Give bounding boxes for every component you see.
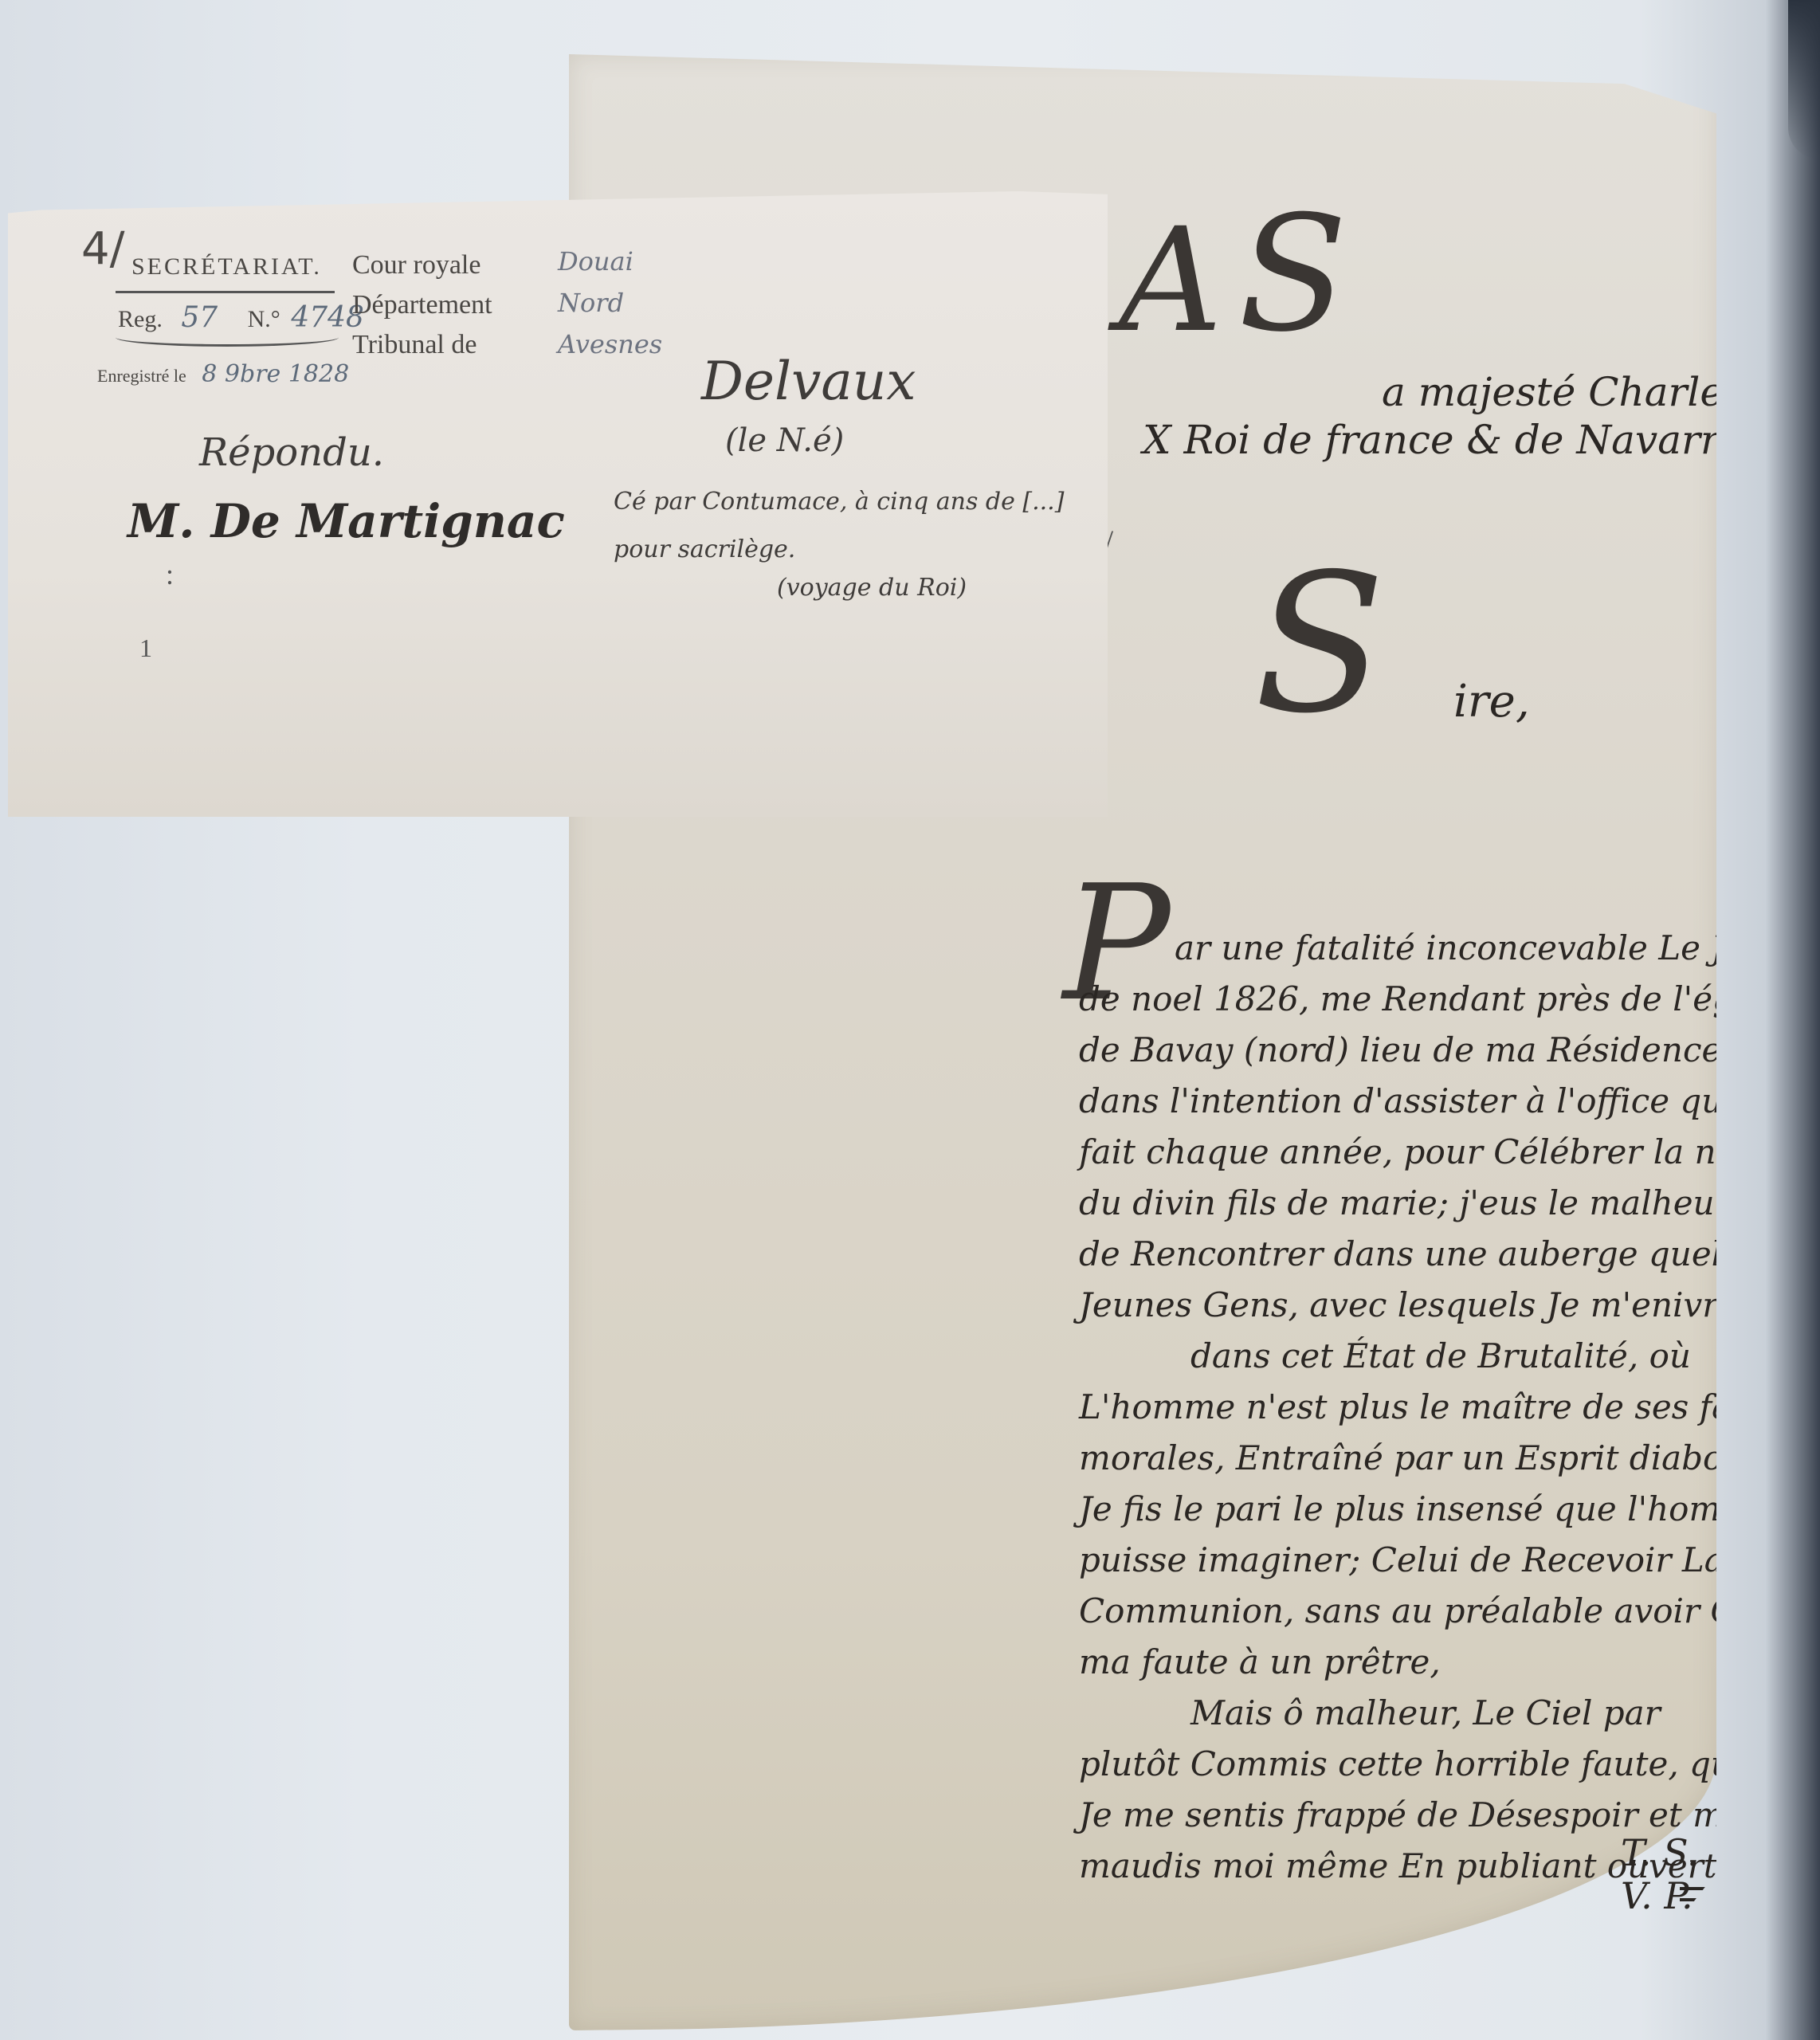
brace-rule [116, 328, 339, 347]
body-line: morales, Entraîné par un Esprit diaboliq… [1079, 1433, 1685, 1484]
stray-mark-tick: 1 [139, 634, 152, 663]
header-rule [116, 291, 335, 293]
book-spine-shadow [1788, 0, 1820, 159]
value-tribunal: Avesnes [558, 324, 662, 365]
body-line: Je me sentis frappé de Désespoir et me [1079, 1790, 1685, 1841]
stray-mark-colon: : [166, 558, 174, 591]
registered-label: Enregistré le [97, 366, 186, 386]
salutation: ire, [1453, 676, 1530, 728]
registry-card: 4/ SECRÉTARIAT. Reg. 57 N.° 4748 Enregis… [8, 191, 1108, 817]
reply-label: Répondu. [199, 430, 384, 475]
body-line: Jeunes Gens, avec lesquels Je m'enivrai. [1079, 1280, 1685, 1331]
sentence-line-2: pour sacrilège. [614, 526, 1108, 574]
body-line: de Rencontrer dans une auberge quelques [1079, 1229, 1685, 1280]
defendant-subtitle: (le N.é) [725, 422, 844, 459]
body-line: maudis moi même En publiant ouvertement [1079, 1841, 1685, 1892]
body-line: fait chaque année, pour Célébrer la nais… [1079, 1127, 1685, 1178]
registered-row: Enregistré le 8 9bre 1828 [97, 360, 349, 388]
body-line: Je fis le pari le plus insensé que l'hom… [1079, 1484, 1685, 1535]
body-line: de Bavay (nord) lieu de ma Résidence [1079, 1025, 1685, 1076]
registered-date: 8 9bre 1828 [202, 360, 349, 388]
value-departement: Nord [558, 282, 662, 324]
body-line: Mais ô malheur, Le Ciel par [1079, 1688, 1685, 1739]
label-cour-royale: Cour royale [352, 245, 492, 285]
body-line: plutôt Commis cette horrible faute, que [1079, 1739, 1685, 1790]
letter-body: ar une fatalité inconcevable Le Jour de … [1079, 923, 1685, 1892]
note-text: (voyage du Roi) [777, 574, 967, 602]
secretariat-header: SECRÉTARIAT. [131, 253, 322, 280]
label-tribunal: Tribunal de [352, 325, 492, 365]
registry-card-content: 4/ SECRÉTARIAT. Reg. 57 N.° 4748 Enregis… [8, 191, 1108, 817]
field-values: Douai Nord Avesnes [558, 241, 662, 365]
body-line: dans cet État de Brutalité, où [1079, 1331, 1685, 1382]
address-line-1: a majesté Charles [1382, 369, 1744, 415]
sentence: Cé par Contumace, à cinq ans de [...] po… [614, 478, 1108, 574]
defendant-name: Delvaux [701, 351, 916, 412]
field-labels: Cour royale Département Tribunal de [352, 245, 492, 365]
salutation-initial: S [1254, 532, 1385, 755]
body-line: Communion, sans au préalable avoir Confe… [1079, 1586, 1685, 1637]
address-initial-a: A [1119, 198, 1222, 364]
body-line: du divin fils de marie; j'eus le malheur [1079, 1178, 1685, 1229]
address-line-2: X Roi de france & de Navarre, [1143, 417, 1755, 463]
body-line: de noel 1826, me Rendant près de l'églis… [1079, 974, 1685, 1025]
reply-signatory: M. De Martignac [127, 494, 565, 548]
body-line: puisse imaginer; Celui de Recevoir La [1079, 1535, 1685, 1586]
corner-mark: 4/ [81, 223, 125, 275]
closing-tsvp: T. S. V. P. [1621, 1831, 1716, 1917]
closing-double-rule [1680, 1887, 1712, 1901]
address-initial-s: S [1238, 182, 1347, 367]
body-line: ma faute à un prêtre, [1079, 1637, 1685, 1688]
body-line: L'homme n'est plus le maître de ses facu… [1079, 1382, 1685, 1433]
label-departement: Département [352, 285, 492, 325]
body-line: dans l'intention d'assister à l'office q… [1079, 1076, 1685, 1127]
body-line: ar une fatalité inconcevable Le Jour [1079, 923, 1685, 974]
value-cour-royale: Douai [558, 241, 662, 282]
sentence-line-1: Cé par Contumace, à cinq ans de [...] [614, 478, 1108, 526]
